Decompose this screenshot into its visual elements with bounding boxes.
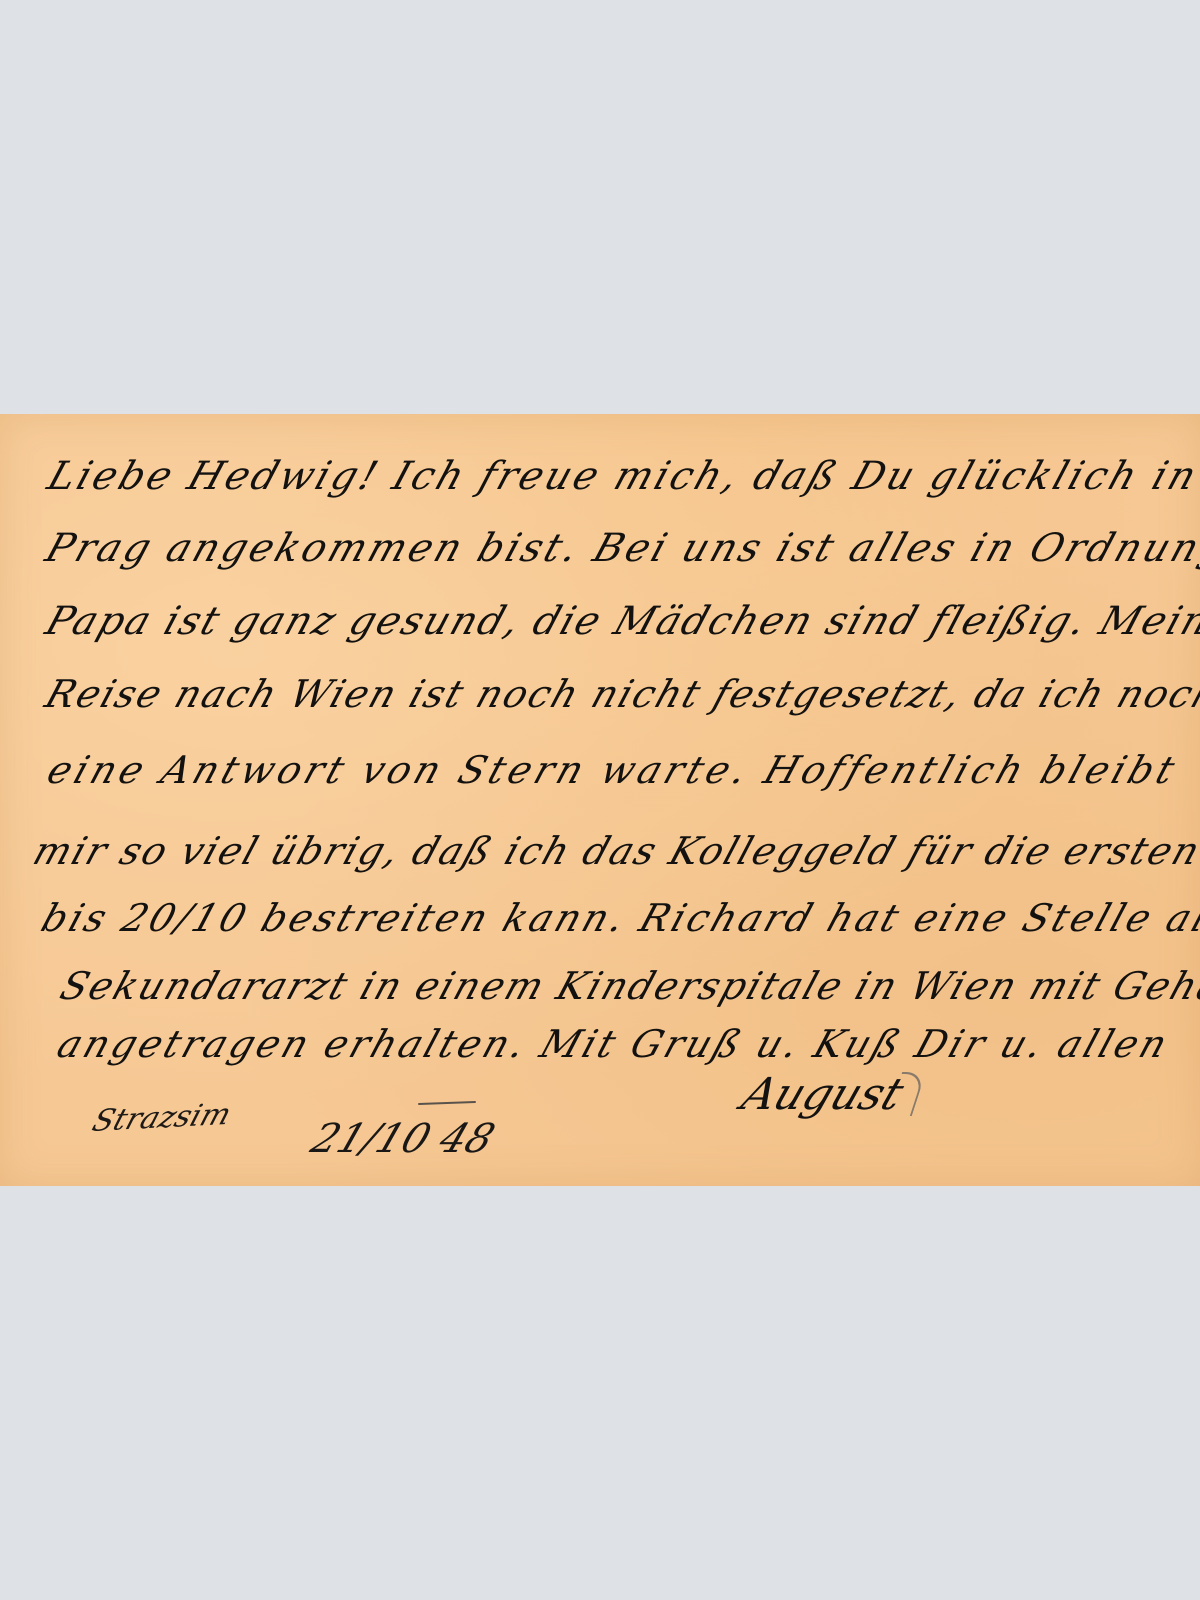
letter-line-2: Prag angekommen bist. Bei uns ist alles … [40, 526, 1200, 571]
place-name: Strazsim [88, 1097, 235, 1139]
page-background: Liebe Hedwig! Ich freue mich, daß Du glü… [0, 0, 1200, 1600]
date-annotation: 21/10 48 [305, 1116, 501, 1162]
signature: August [735, 1069, 910, 1120]
postcard: Liebe Hedwig! Ich freue mich, daß Du glü… [0, 414, 1200, 1186]
letter-line-8: Sekundararzt in einem Kinderspitale in W… [55, 964, 1200, 1008]
letter-line-7: bis 20/10 bestreiten kann. Richard hat e… [36, 896, 1200, 940]
letter-line-4: Reise nach Wien ist noch nicht festgeset… [40, 672, 1200, 716]
letter-line-1: Liebe Hedwig! Ich freue mich, daß Du glü… [42, 454, 1200, 499]
letter-line-9: angetragen erhalten. Mit Gruß u. Kuß Dir… [52, 1022, 1175, 1066]
letter-line-3: Papa ist ganz gesund, die Mädchen sind f… [40, 599, 1200, 644]
letter-line-5: eine Antwort von Stern warte. Hoffentlic… [42, 748, 1184, 792]
letter-line-6: mir so viel übrig, daß ich das Kolleggel… [28, 829, 1200, 873]
